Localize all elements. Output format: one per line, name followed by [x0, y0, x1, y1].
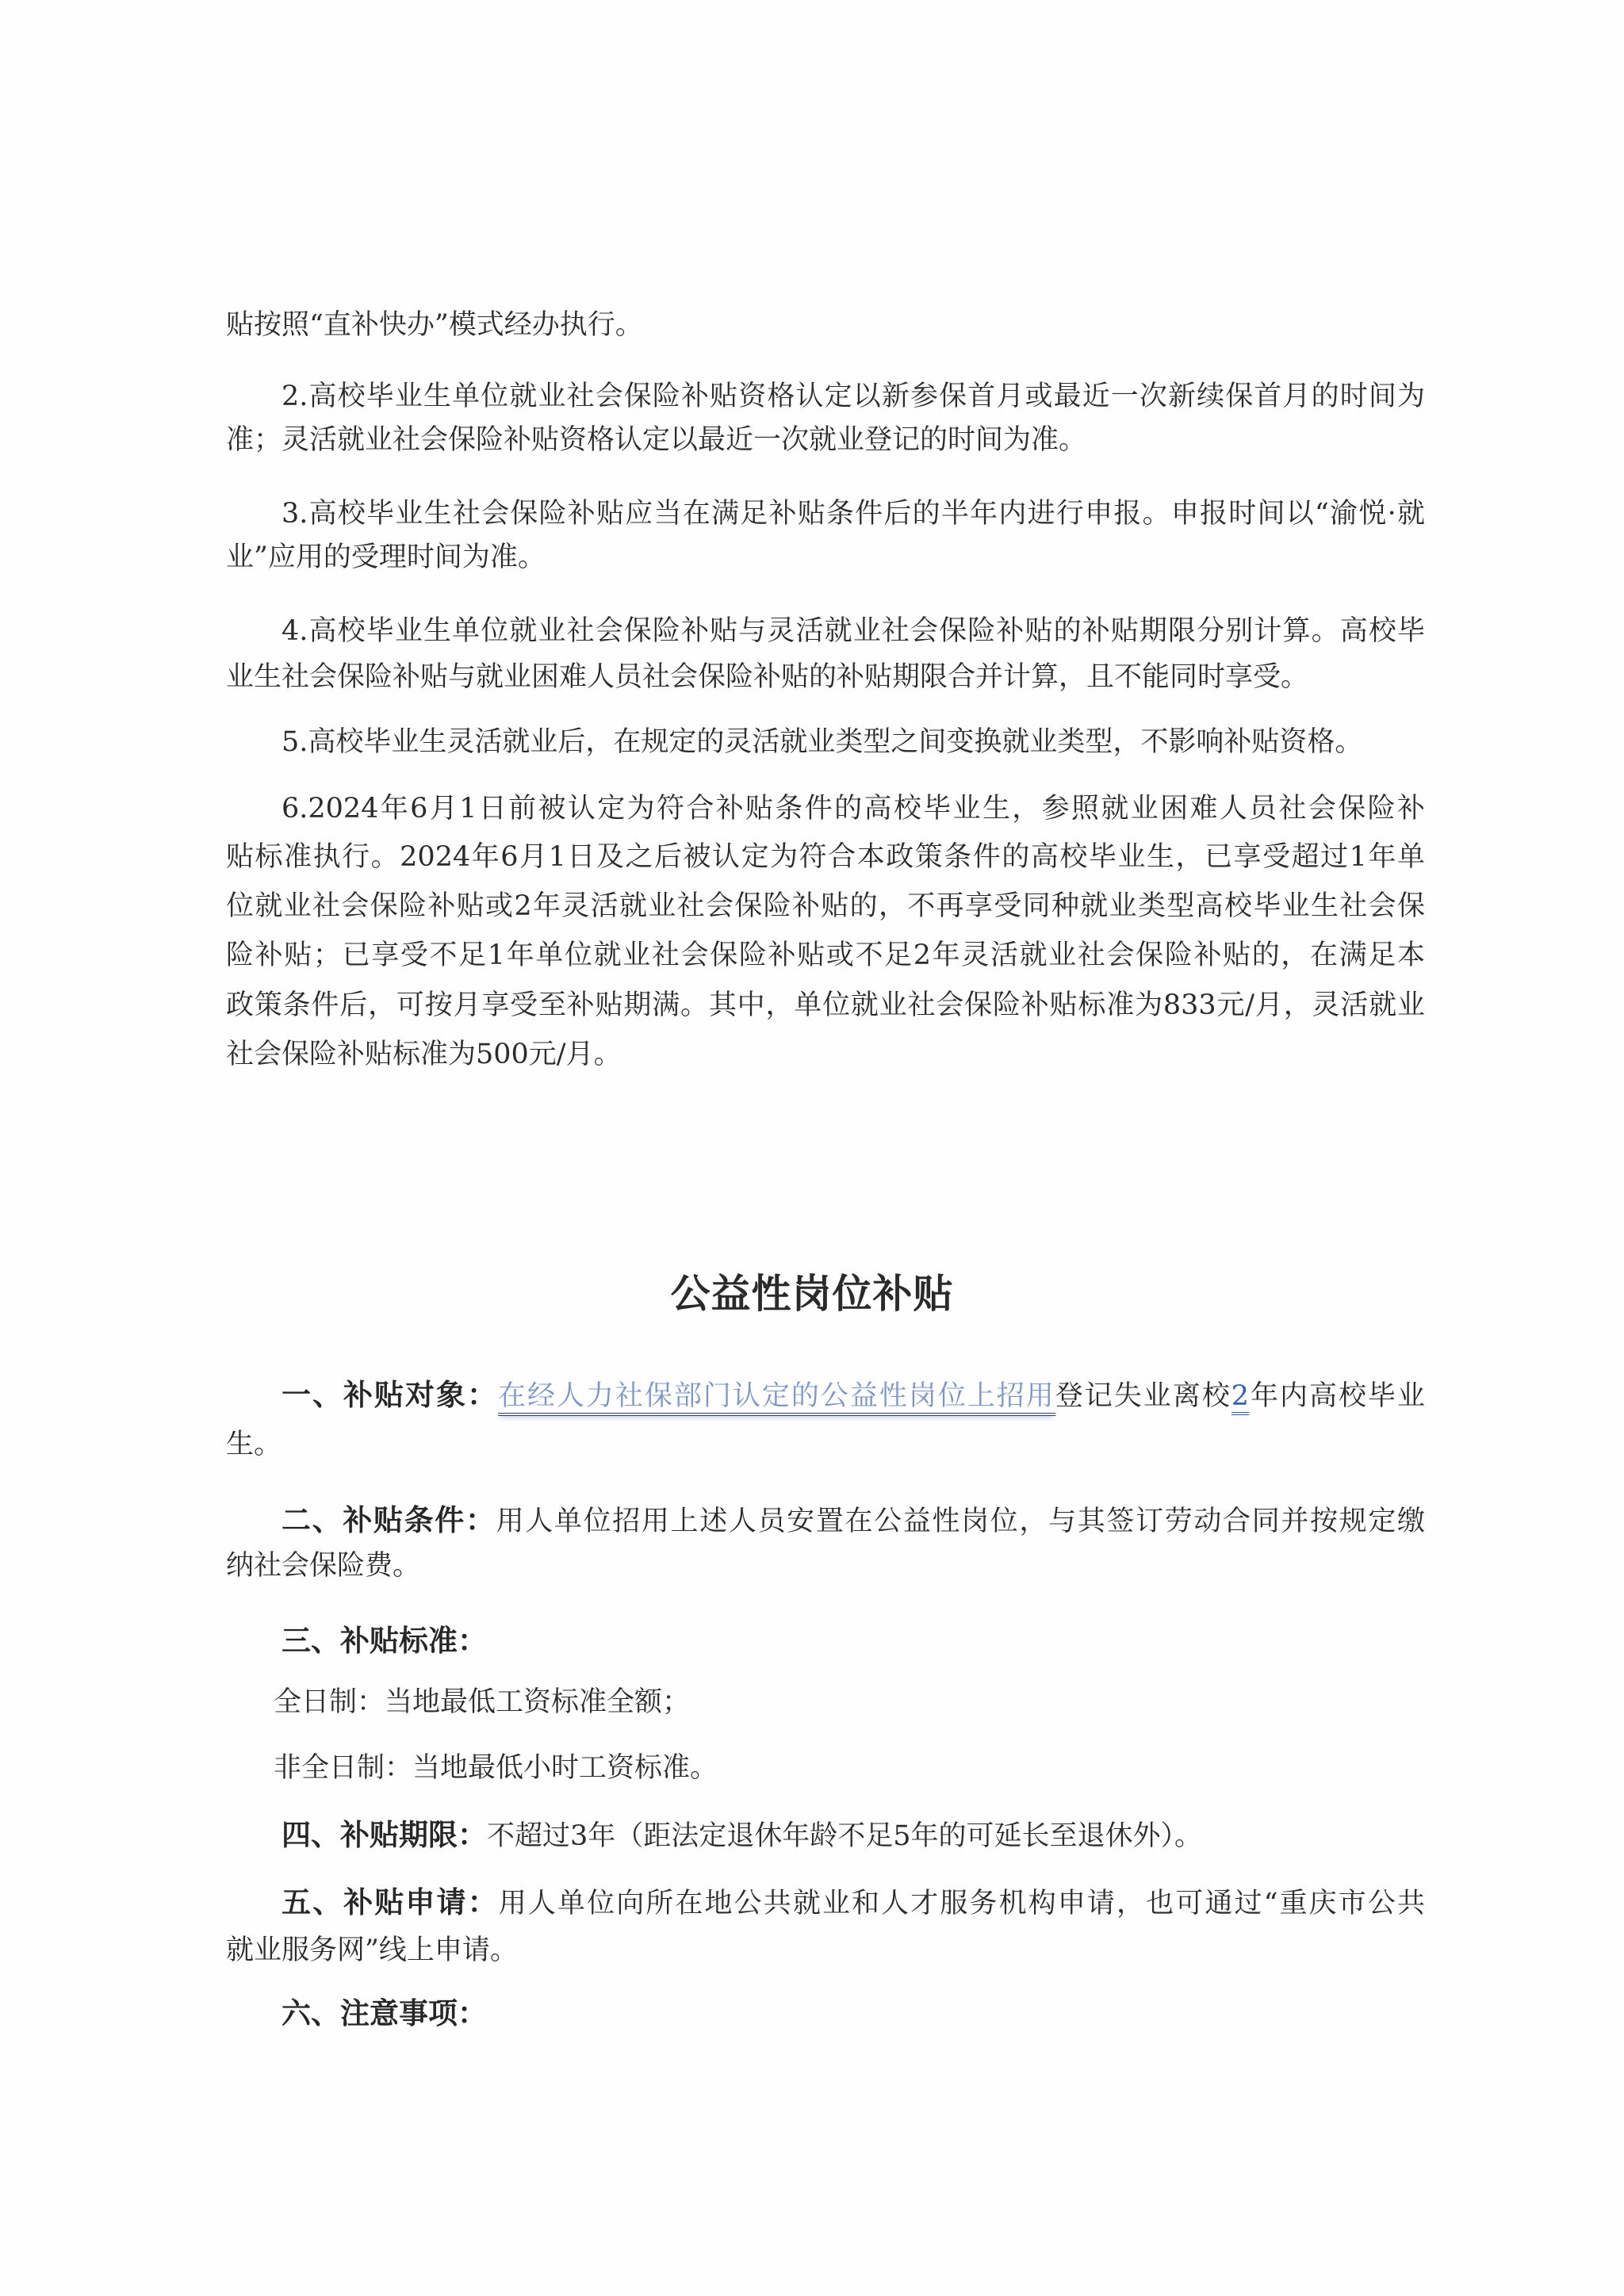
item-1-line-2: 生。 [226, 1422, 1425, 1467]
highlighted-text[interactable]: 在经人力社保部门认定的公益性岗位上招用 [498, 1380, 1055, 1416]
item-5-line-2: 就业服务网”线上申请。 [226, 1928, 1425, 1973]
item-2-text: 用人单位招用上述人员安置在公益性岗位，与其签订劳动合同并按规定缴 [496, 1506, 1425, 1537]
paragraph-6-line-4: 险补贴；已享受不足1年单位就业社会保险补贴或不足2年灵活就业社会保险补贴的，在满… [226, 933, 1425, 978]
item-2-line-2: 纳社会保险费。 [226, 1544, 1425, 1588]
document-page: 贴按照“直补快办”模式经办执行。 2.高校毕业生单位就业社会保险补贴资格认定以新… [0, 0, 1624, 2296]
paragraph-1-line-1: 贴按照“直补快办”模式经办执行。 [226, 303, 1425, 347]
paragraph-2-line-1: 2.高校毕业生单位就业社会保险补贴资格认定以新参保首月或最近一次新续保首月的时间… [282, 374, 1425, 419]
item-6-heading: 六、注意事项： [282, 1996, 487, 2030]
item-4-text: 不超过3年（距法定退休年龄不足5年的可延长至退休外）。 [487, 1820, 1202, 1852]
item-3-heading: 三、补贴标准： [282, 1624, 487, 1658]
paragraph-6-line-5: 政策条件后，可按月享受至补贴期满。其中，单位就业社会保险补贴标准为833元/月，… [226, 983, 1425, 1027]
paragraph-6-line-1: 6.2024年6月1日前被认定为符合补贴条件的高校毕业生，参照就业困难人员社会保… [282, 786, 1425, 831]
item-4-line-1: 四、补贴期限：不超过3年（距法定退休年龄不足5年的可延长至退休外）。 [282, 1813, 1425, 1858]
paragraph-3-line-1: 3.高校毕业生社会保险补贴应当在满足补贴条件后的半年内进行申报。申报时间以“渝悦… [282, 492, 1425, 536]
paragraph-6-line-2: 贴标准执行。2024年6月1日及之后被认定为符合本政策条件的高校毕业生，已享受超… [226, 835, 1425, 879]
item-3-part-time: 非全日制：当地最低小时工资标准。 [274, 1746, 1425, 1790]
years-number-link[interactable]: 2 [1231, 1380, 1249, 1415]
item-3-line-1: 三、补贴标准： [282, 1619, 1425, 1663]
section-title: 公益性岗位补贴 [0, 1270, 1624, 1318]
item-4-heading: 四、补贴期限： [282, 1818, 487, 1852]
item-5-line-1: 五、补贴申请：用人单位向所在地公共就业和人才服务机构申请，也可通过“重庆市公共 [282, 1881, 1425, 1925]
paragraph-4-line-1: 4.高校毕业生单位就业社会保险补贴与灵活就业社会保险补贴的补贴期限分别计算。高校… [282, 609, 1425, 653]
paragraph-5-line-1: 5.高校毕业生灵活就业后，在规定的灵活就业类型之间变换就业类型，不影响补贴资格。 [282, 720, 1425, 764]
item-6-line-1: 六、注意事项： [282, 1992, 1425, 2036]
item-5-heading: 五、补贴申请： [282, 1885, 499, 1919]
item-1-heading: 一、补贴对象： [282, 1378, 498, 1412]
paragraph-6-line-3: 位就业社会保险补贴或2年灵活就业社会保险补贴的，不再享受同种就业类型高校毕业生社… [226, 884, 1425, 928]
item-2-heading: 二、补贴条件： [282, 1503, 496, 1537]
paragraph-6-line-6: 社会保险补贴标准为500元/月。 [226, 1032, 1425, 1077]
paragraph-4-line-2: 业生社会保险补贴与就业困难人员社会保险补贴的补贴期限合并计算，且不能同时享受。 [226, 655, 1425, 699]
item-1-text-a: 登记失业离校 [1055, 1380, 1231, 1412]
item-5-text: 用人单位向所在地公共就业和人才服务机构申请，也可通过“重庆市公共 [499, 1888, 1425, 1919]
paragraph-2-line-2: 准；灵活就业社会保险补贴资格认定以最近一次就业登记的时间为准。 [226, 418, 1425, 462]
item-3-full-time: 全日制：当地最低工资标准全额； [274, 1680, 1425, 1724]
paragraph-3-line-2: 业”应用的受理时间为准。 [226, 535, 1425, 580]
item-2-line-1: 二、补贴条件：用人单位招用上述人员安置在公益性岗位，与其签订劳动合同并按规定缴 [282, 1498, 1425, 1543]
item-1-line-1: 一、补贴对象：在经人力社保部门认定的公益性岗位上招用登记失业离校2年内高校毕业 [282, 1373, 1425, 1418]
item-1-text-b: 年内高校毕业 [1249, 1380, 1425, 1412]
